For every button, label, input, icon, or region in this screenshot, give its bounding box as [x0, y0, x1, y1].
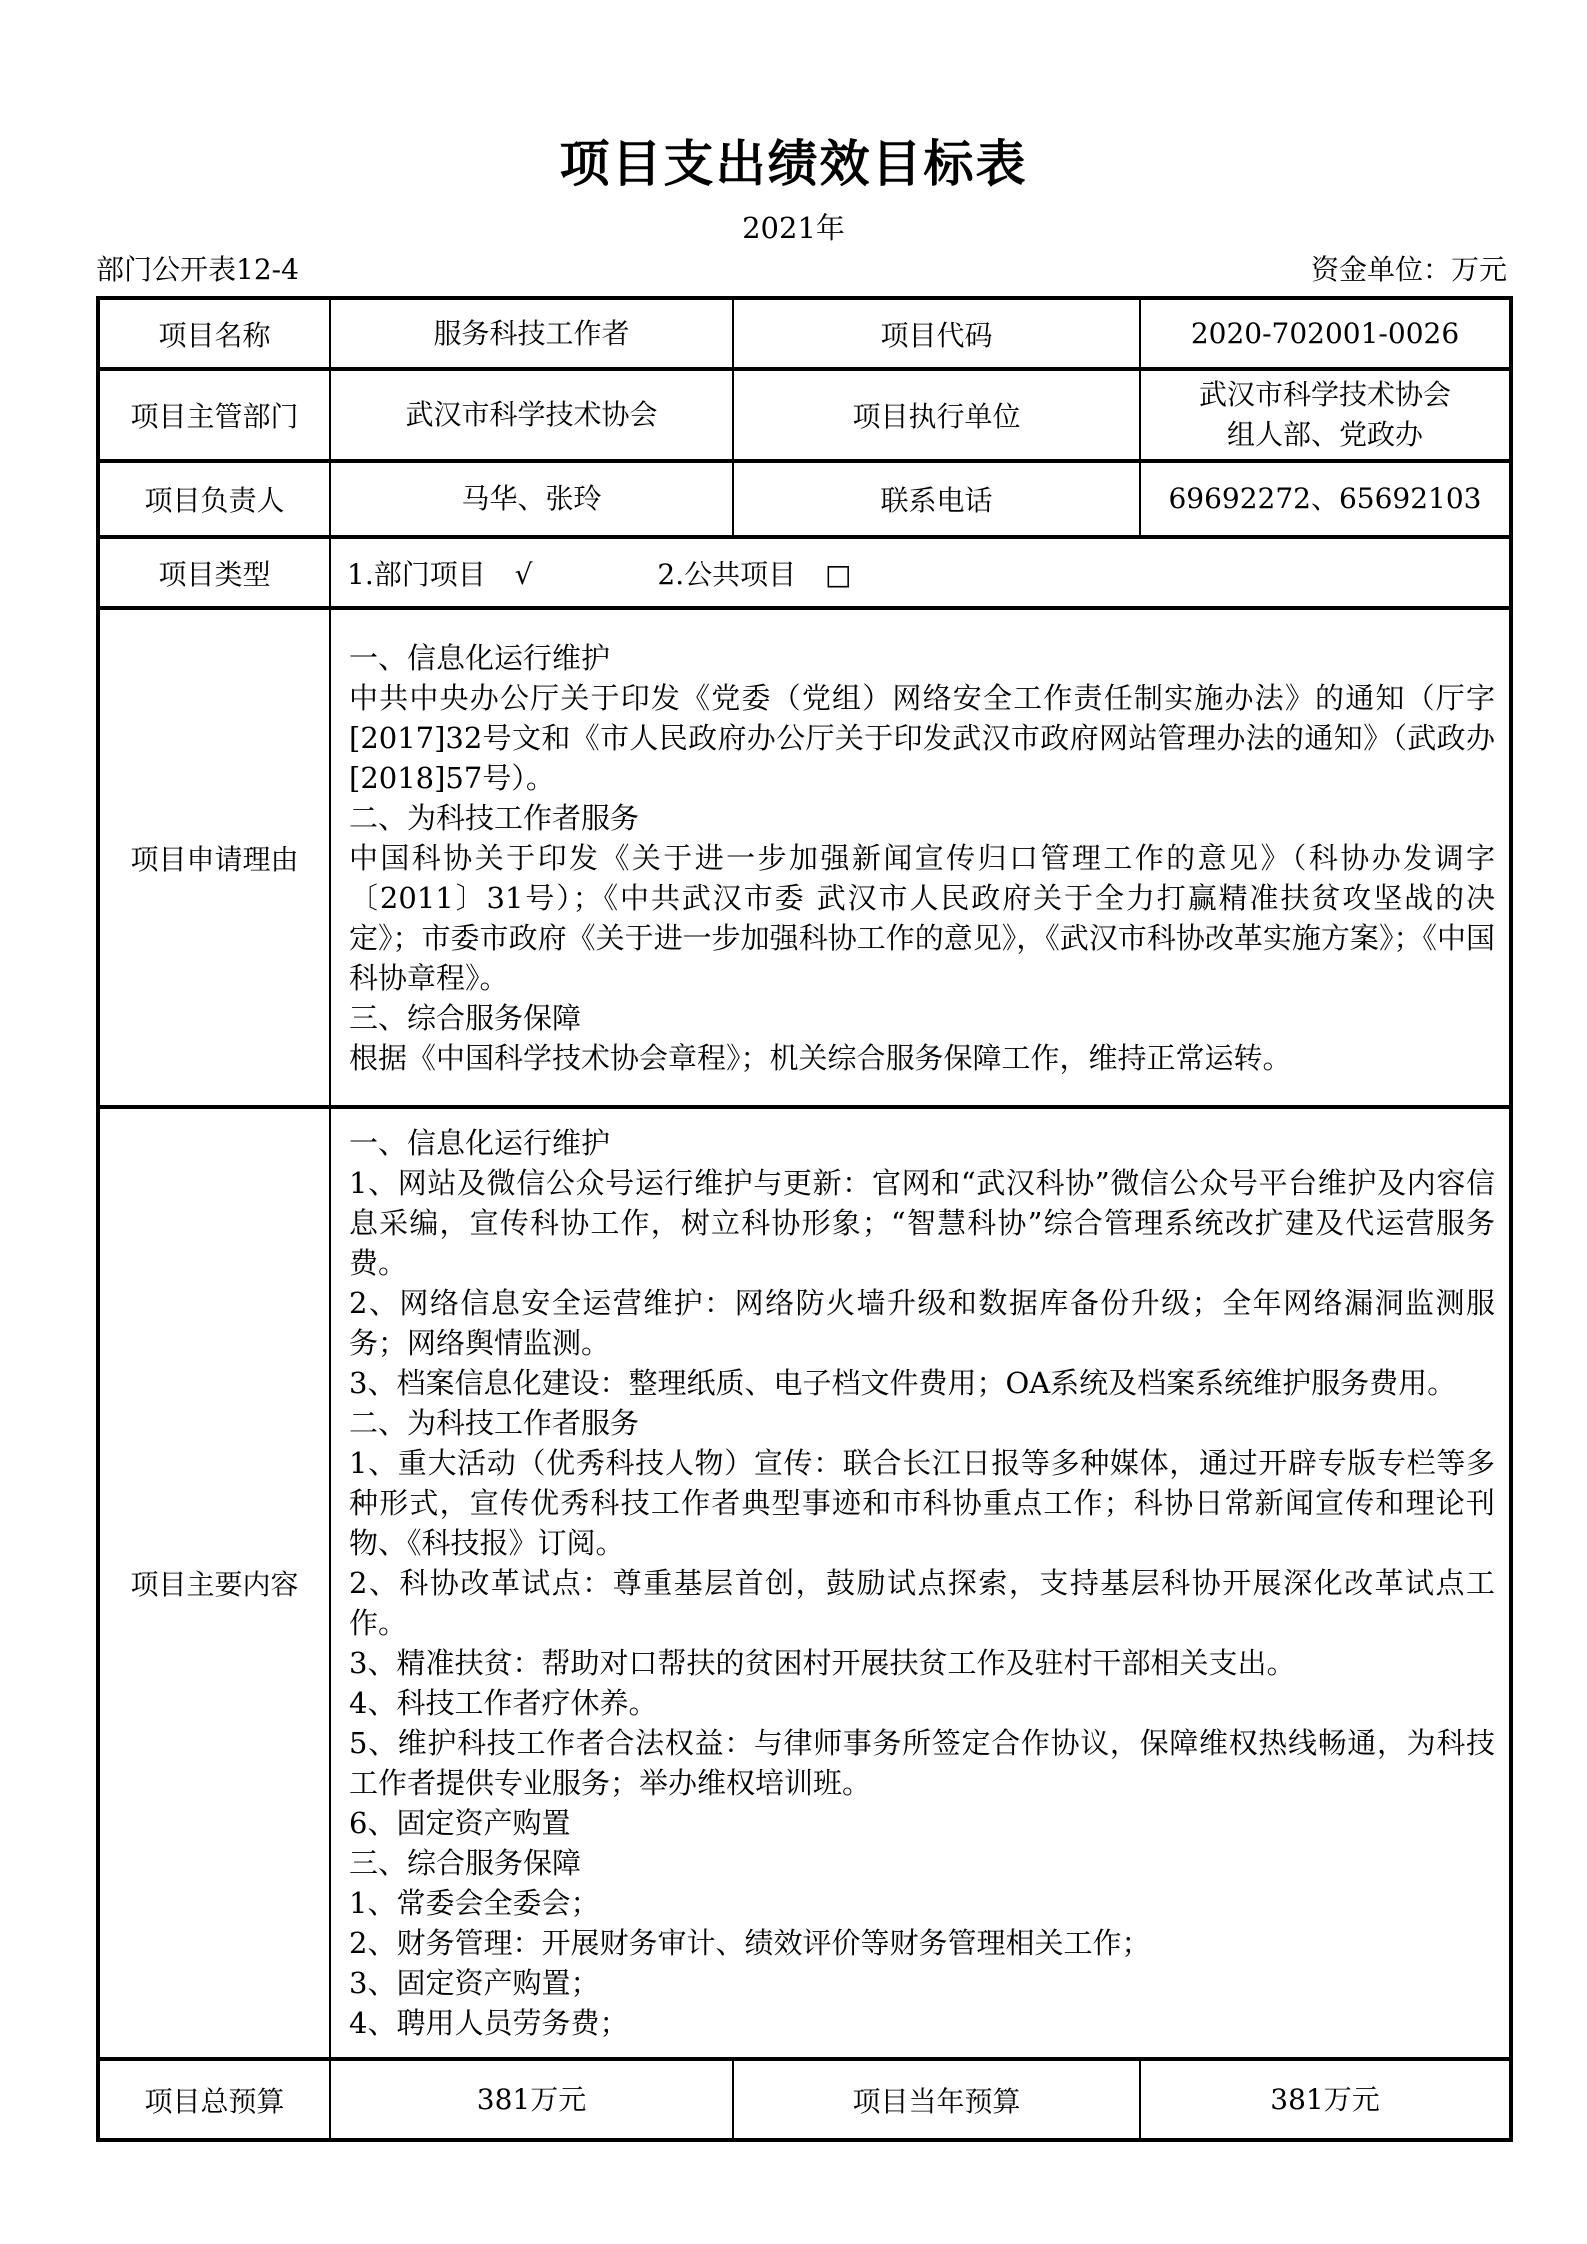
value-project-code: 2020-702001-0026 [1140, 298, 1511, 369]
value-project-leader: 马华、张玲 [330, 461, 733, 537]
page-subtitle-year: 2021年 [0, 206, 1587, 247]
table-row: 项目类型 1.部门项目 √ 2.公共项目 □ [98, 537, 1511, 608]
value-project-type: 1.部门项目 √ 2.公共项目 □ [330, 537, 1511, 608]
table-row: 项目主管部门 武汉市科学技术协会 项目执行单位 武汉市科学技术协会 组人部、党政… [98, 369, 1511, 461]
project-type-option-department: 1.部门项目 [347, 558, 486, 591]
value-application-reason: 一、信息化运行维护 中共中央办公厅关于印发《党委（党组）网络安全工作责任制实施办… [330, 608, 1511, 1107]
table-row: 项目申请理由 一、信息化运行维护 中共中央办公厅关于印发《党委（党组）网络安全工… [98, 608, 1511, 1107]
form-code: 部门公开表12-4 [96, 248, 299, 288]
table-row: 项目负责人 马华、张玲 联系电话 69692272、65692103 [98, 461, 1511, 537]
label-project-type: 项目类型 [98, 537, 330, 608]
label-application-reason: 项目申请理由 [98, 608, 330, 1107]
value-total-budget: 381万元 [330, 2059, 733, 2140]
currency-unit-note: 资金单位：万元 [1311, 248, 1507, 288]
value-current-year-budget: 381万元 [1140, 2059, 1511, 2140]
label-executing-unit: 项目执行单位 [733, 369, 1140, 461]
label-total-budget: 项目总预算 [98, 2059, 330, 2140]
label-current-year-budget: 项目当年预算 [733, 2059, 1140, 2140]
value-main-content: 一、信息化运行维护 1、网站及微信公众号运行维护与更新：官网和“武汉科协”微信公… [330, 1107, 1511, 2059]
empty-checkbox-icon: □ [825, 558, 851, 591]
performance-target-table: 项目名称 服务科技工作者 项目代码 2020-702001-0026 项目主管部… [96, 296, 1513, 2142]
meta-row: 部门公开表12-4 资金单位：万元 [96, 248, 1507, 288]
table-row: 项目名称 服务科技工作者 项目代码 2020-702001-0026 [98, 298, 1511, 369]
value-project-name: 服务科技工作者 [330, 298, 733, 369]
table-row: 项目总预算 381万元 项目当年预算 381万元 [98, 2059, 1511, 2140]
value-executing-unit: 武汉市科学技术协会 组人部、党政办 [1140, 369, 1511, 461]
label-contact-phone: 联系电话 [733, 461, 1140, 537]
label-project-name: 项目名称 [98, 298, 330, 369]
value-supervising-department: 武汉市科学技术协会 [330, 369, 733, 461]
label-supervising-department: 项目主管部门 [98, 369, 330, 461]
project-type-option-public: 2.公共项目 [657, 558, 796, 591]
value-contact-phone: 69692272、65692103 [1140, 461, 1511, 537]
label-project-code: 项目代码 [733, 298, 1140, 369]
label-main-content: 项目主要内容 [98, 1107, 330, 2059]
page-title: 项目支出绩效目标表 [0, 124, 1587, 196]
table-row: 项目主要内容 一、信息化运行维护 1、网站及微信公众号运行维护与更新：官网和“武… [98, 1107, 1511, 2059]
label-project-leader: 项目负责人 [98, 461, 330, 537]
checkmark-icon: √ [515, 558, 533, 591]
